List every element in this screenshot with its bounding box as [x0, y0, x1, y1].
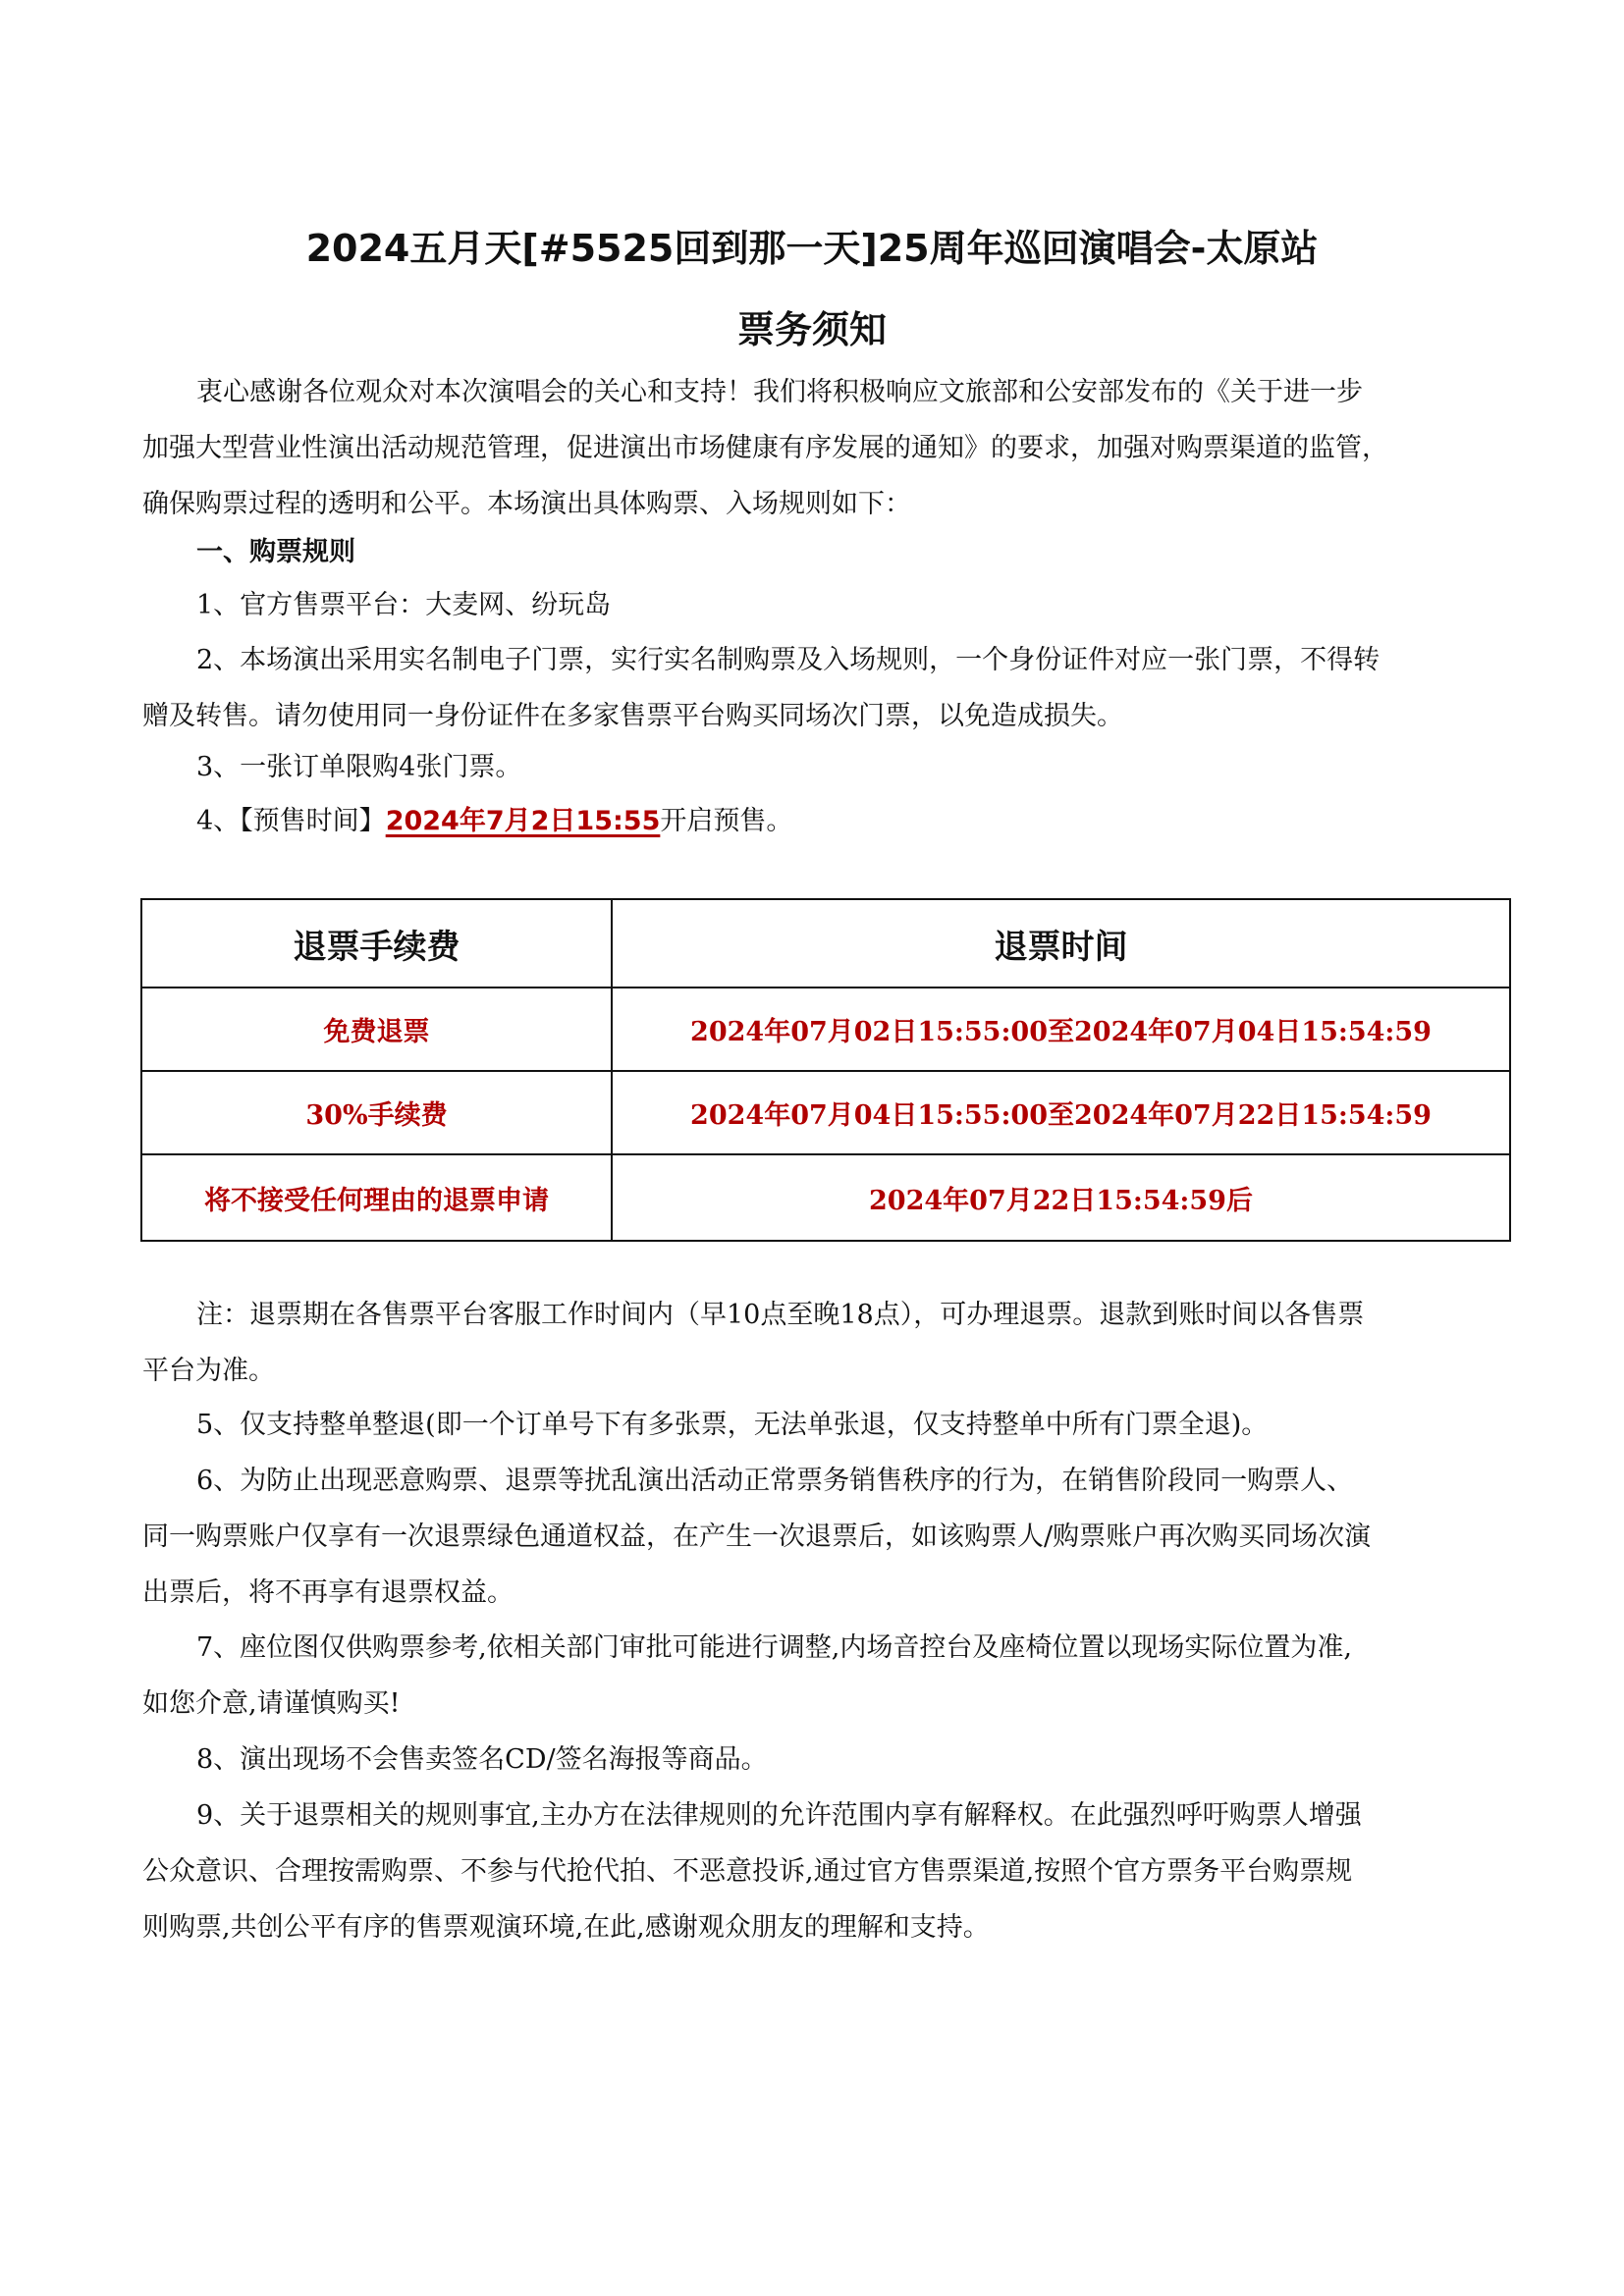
- fee-cell: 将不接受任何理由的退票申请: [141, 1154, 612, 1241]
- rule-5: 5、仅支持整单整退(即一个订单号下有多张票，无法单张退，仅支持整单中所有门票全退…: [196, 1409, 1268, 1442]
- rule-9-line-3: 则购票,共创公平有序的售票观演环境,在此,感谢观众朋友的理解和支持。: [142, 1911, 990, 1945]
- document-title: 2024五月天[#5525回到那一天]25周年巡回演唱会-太原站: [0, 218, 1624, 272]
- header-refund-time: 退票时间: [612, 899, 1510, 988]
- intro-line-2: 加强大型营业性演出活动规范管理，促进演出市场健康有序发展的通知》的要求，加强对购…: [142, 432, 1388, 465]
- note-line-1: 注：退票期在各售票平台客服工作时间内（早10点至晚18点），可办理退票。退款到账…: [196, 1299, 1364, 1332]
- fee-cell: 30%手续费: [141, 1071, 612, 1154]
- presale-time: 2024年7月2日15:55: [386, 806, 661, 836]
- rule-7-line-1: 7、座位图仅供购票参考,依相关部门审批可能进行调整,内场音控台及座椅位置以现场实…: [196, 1631, 1352, 1665]
- rule-7-line-2: 如您介意,请谨慎购买!: [142, 1687, 400, 1721]
- time-cell: 2024年07月04日15:55:00至2024年07月22日15:54:59: [612, 1071, 1510, 1154]
- fee-cell: 免费退票: [141, 988, 612, 1071]
- rule-6-line-1: 6、为防止出现恶意购票、退票等扰乱演出活动正常票务销售秩序的行为，在销售阶段同一…: [196, 1465, 1353, 1498]
- rule-4-prefix: 4、【预售时间】: [196, 806, 386, 836]
- rule-9-line-1: 9、关于退票相关的规则事宜,主办方在法律规则的允许范围内享有解释权。在此强烈呼吁…: [196, 1799, 1362, 1833]
- rule-9-line-2: 公众意识、合理按需购票、不参与代抢代拍、不恶意投诉,通过官方售票渠道,按照个官方…: [142, 1855, 1352, 1889]
- time-cell: 2024年07月02日15:55:00至2024年07月04日15:54:59: [612, 988, 1510, 1071]
- table-row: 将不接受任何理由的退票申请 2024年07月22日15:54:59后: [141, 1154, 1510, 1241]
- note-line-2: 平台为准。: [142, 1355, 275, 1388]
- refund-table: 退票手续费 退票时间 免费退票 2024年07月02日15:55:00至2024…: [140, 898, 1511, 1242]
- table-header-row: 退票手续费 退票时间: [141, 899, 1510, 988]
- document-subtitle: 票务须知: [0, 299, 1624, 353]
- rule-6-line-2: 同一购票账户仅享有一次退票绿色通道权益，在产生一次退票后，如该购票人/购票账户再…: [142, 1521, 1371, 1554]
- section-heading-ticket-rules: 一、购票规则: [196, 536, 355, 569]
- rule-2-line-2: 赠及转售。请勿使用同一身份证件在多家售票平台购买同场次门票，以免造成损失。: [142, 700, 1123, 733]
- intro-line-1: 衷心感谢各位观众对本次演唱会的关心和支持！我们将积极响应文旅部和公安部发布的《关…: [196, 376, 1363, 409]
- rule-1: 1、官方售票平台：大麦网、纷玩岛: [196, 589, 611, 622]
- rule-4-suffix: 开启预售。: [660, 806, 792, 836]
- table-row: 30%手续费 2024年07月04日15:55:00至2024年07月22日15…: [141, 1071, 1510, 1154]
- rule-6-line-3: 出票后，将不再享有退票权益。: [142, 1576, 514, 1610]
- time-cell: 2024年07月22日15:54:59后: [612, 1154, 1510, 1241]
- rule-2-line-1: 2、本场演出采用实名制电子门票，实行实名制购票及入场规则，一个身份证件对应一张门…: [196, 644, 1380, 677]
- table-row: 免费退票 2024年07月02日15:55:00至2024年07月04日15:5…: [141, 988, 1510, 1071]
- rule-8: 8、演出现场不会售卖签名CD/签名海报等商品。: [196, 1743, 768, 1777]
- intro-line-3: 确保购票过程的透明和公平。本场演出具体购票、入场规则如下：: [142, 488, 911, 521]
- rule-3: 3、一张订单限购4张门票。: [196, 751, 521, 784]
- rule-4: 4、【预售时间】2024年7月2日15:55开启预售。: [196, 805, 792, 838]
- header-refund-fee: 退票手续费: [141, 899, 612, 988]
